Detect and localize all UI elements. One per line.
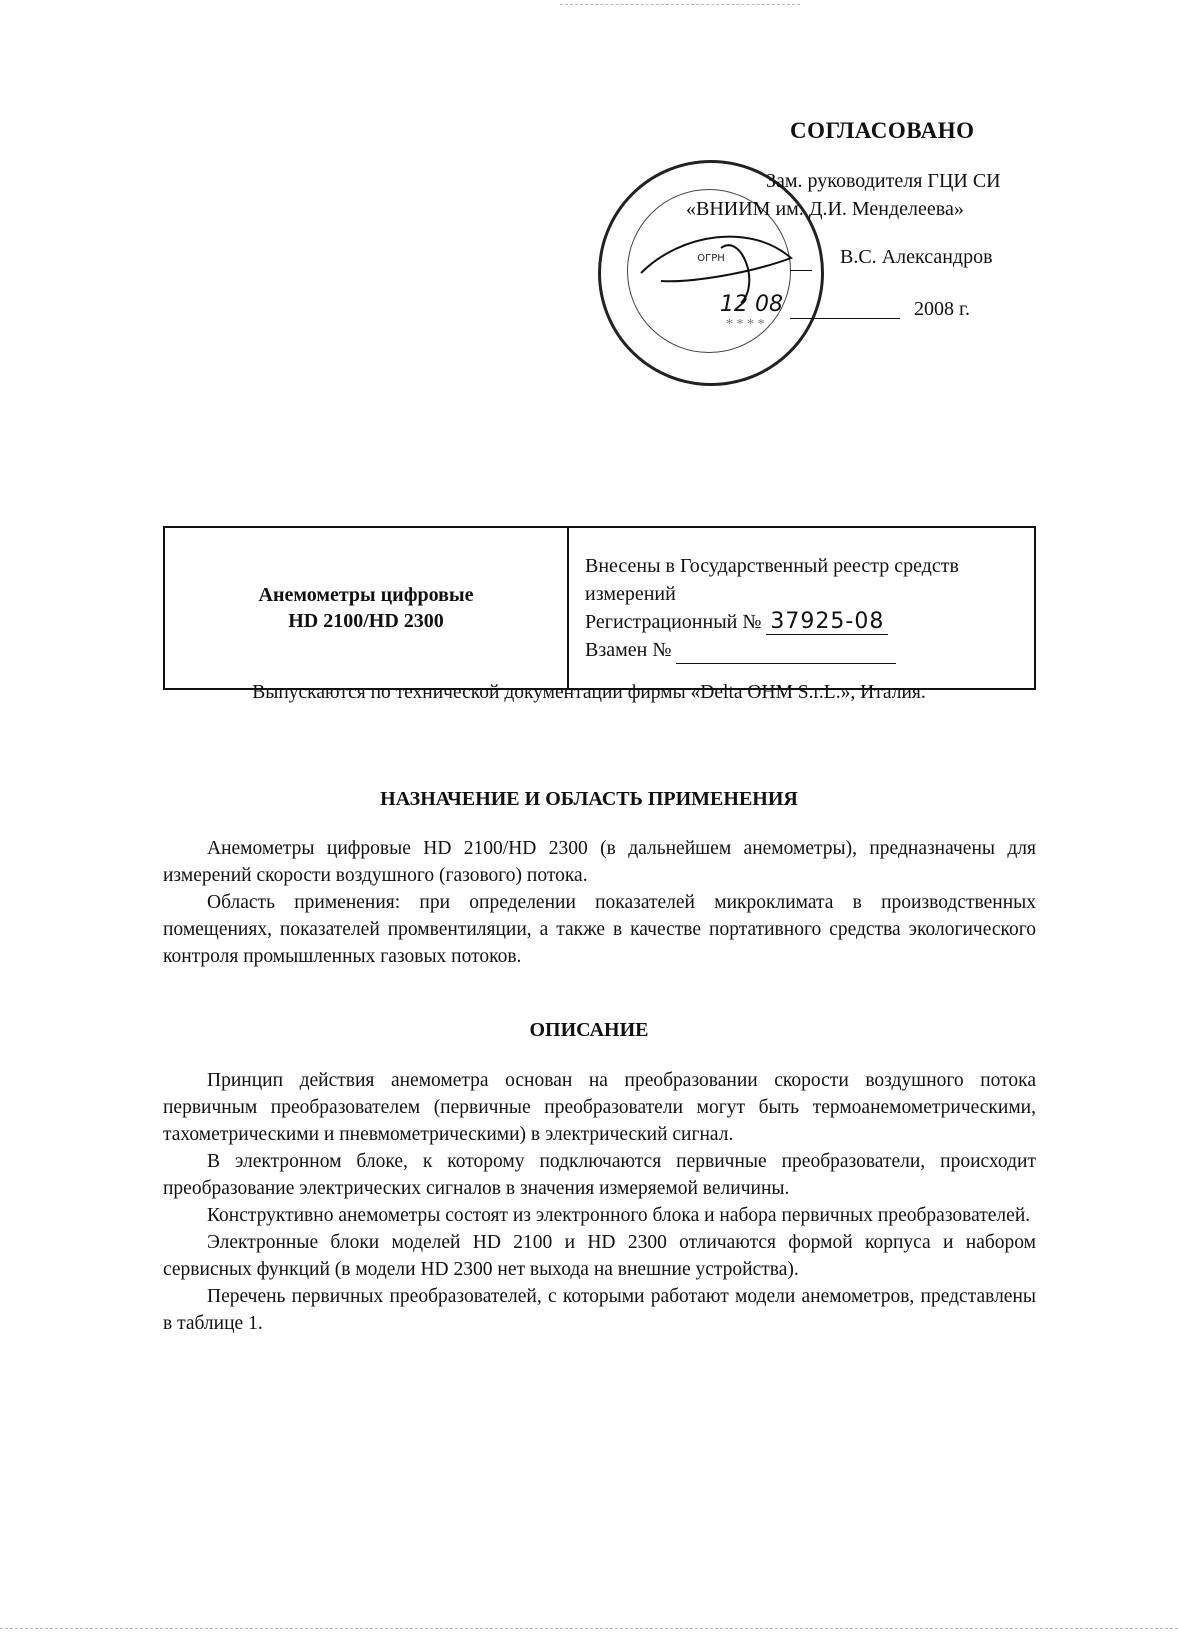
paragraph: Принцип действия анемометра основан на п…	[163, 1067, 1036, 1148]
paragraph: Электронные блоки моделей HD 2100 и HD 2…	[163, 1229, 1036, 1283]
product-models: HD 2100/HD 2300	[166, 608, 566, 634]
manufacturer-line: Выпускаются по технической документации …	[0, 682, 1178, 704]
signature-icon: * * * *	[601, 163, 821, 383]
registry-cell: Внесены в Государственный реестр средств…	[568, 527, 1035, 689]
approval-signatory: В.С. Александров	[840, 246, 993, 269]
registry-entered-line1: Внесены в Государственный реестр средств	[585, 552, 1033, 580]
scan-edge-divider	[0, 1628, 1178, 1629]
section-purpose-body: Анемометры цифровые HD 2100/HD 2300 (в д…	[163, 835, 1036, 970]
section-heading-description: ОПИСАНИЕ	[0, 1019, 1178, 1042]
paragraph: Область применения: при определении пока…	[163, 889, 1036, 970]
replaces-label: Взамен №	[585, 639, 671, 661]
approval-year: 2008 г.	[914, 298, 970, 321]
registration-number: 37925-08	[766, 609, 888, 635]
signature-line	[790, 270, 812, 271]
approval-handwritten-date: 12 08	[720, 292, 783, 317]
registration-label: Регистрационный №	[585, 611, 761, 633]
section-heading-purpose: НАЗНАЧЕНИЕ И ОБЛАСТЬ ПРИМЕНЕНИЯ	[0, 788, 1178, 811]
registry-entered-line2: измерений	[585, 580, 1033, 608]
paragraph: Анемометры цифровые HD 2100/HD 2300 (в д…	[163, 835, 1036, 889]
product-cell: Анемометры цифровые HD 2100/HD 2300	[164, 527, 568, 689]
svg-text:* * * *: * * * *	[726, 317, 765, 332]
approval-position: Зам. руководителя ГЦИ СИ	[766, 170, 1001, 193]
registry-table: Анемометры цифровые HD 2100/HD 2300 Внес…	[163, 526, 1036, 690]
approval-title: СОГЛАСОВАНО	[790, 118, 975, 144]
date-line	[790, 318, 900, 319]
section-description-body: Принцип действия анемометра основан на п…	[163, 1067, 1036, 1337]
paragraph: Перечень первичных преобразователей, с к…	[163, 1283, 1036, 1337]
paragraph: В электронном блоке, к которому подключа…	[163, 1148, 1036, 1202]
approval-organization: «ВНИИМ им. Д.И. Менделеева»	[686, 198, 964, 221]
paragraph: Конструктивно анемометры состоят из элек…	[163, 1202, 1036, 1229]
scan-edge-divider	[560, 4, 800, 5]
official-stamp-icon: ОГРН * * * *	[598, 160, 824, 386]
replaces-blank-field	[676, 645, 896, 664]
product-name: Анемометры цифровые	[166, 582, 566, 608]
